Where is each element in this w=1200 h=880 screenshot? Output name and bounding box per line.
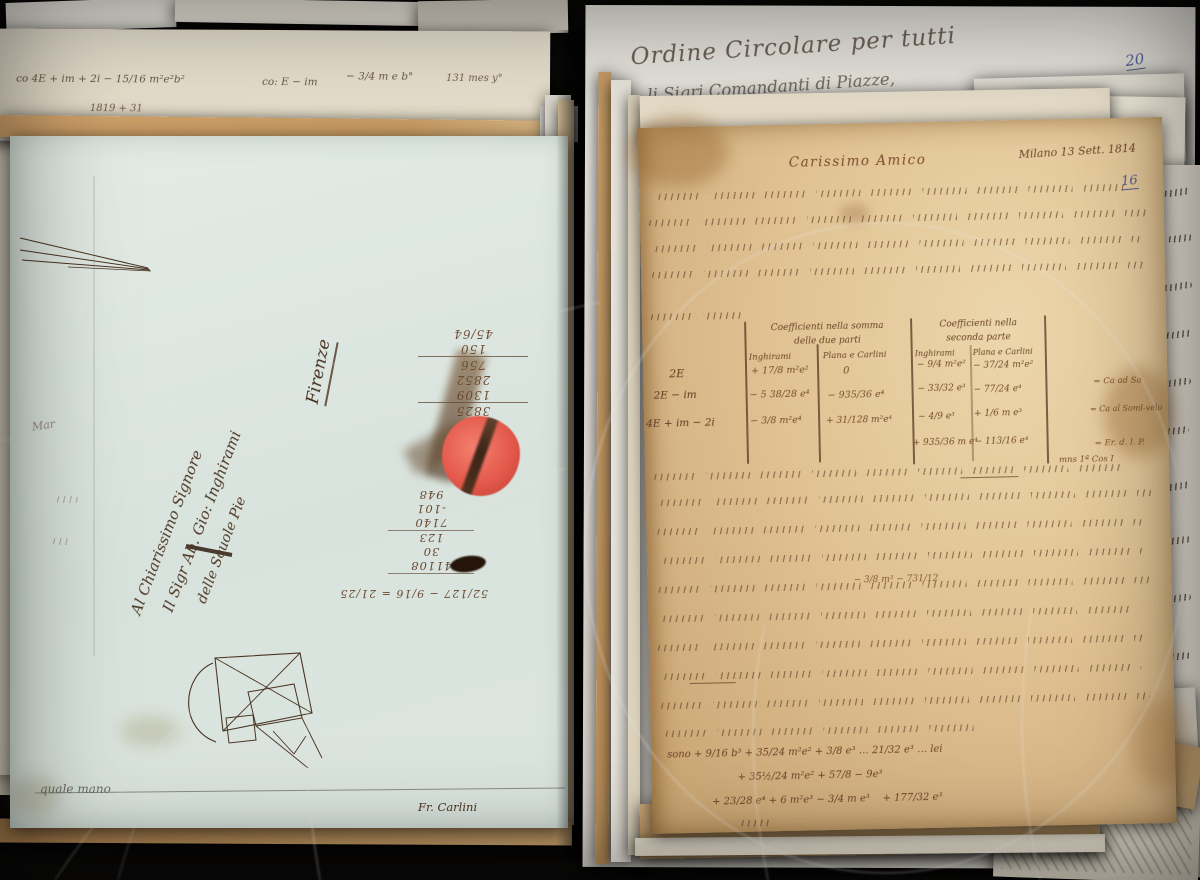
table-margin-note: = Er. d. l. P. (1095, 437, 1145, 448)
table-margin-note: = Ca al Soml-velo (1090, 403, 1163, 414)
table-cell: − 3/8 m²e⁴ (750, 415, 802, 427)
handwriting-line (651, 261, 1145, 278)
table-row-label: 2E (669, 367, 684, 380)
handwriting-line (660, 489, 1152, 506)
address-leaf: Al Chiarissimo Signore Il Sigr Ab. Gio: … (10, 136, 568, 828)
handwriting-fragment (1167, 426, 1190, 435)
table-subheader: Plana e Carlini (973, 347, 1033, 357)
right-stack-tan-edge (596, 72, 612, 864)
dateline: Milano 13 Sett. 1814 (1018, 142, 1136, 162)
table-cell: − 113/16 e⁴ (975, 436, 1029, 447)
underline-mark (960, 476, 1018, 478)
fraction-note: 52/127 − 9/16 = 21/25 (388, 586, 488, 601)
handwriting-line (650, 312, 742, 321)
handwriting-line (662, 606, 1132, 623)
table-subheader: Inghirami (749, 352, 792, 363)
table-cell: + 1/6 m e³ (974, 408, 1022, 419)
manuscript-photo: co 4E + im + 2i − 15/16 m²e²b² co: E − i… (0, 0, 1200, 880)
handwriting-fragment (1166, 330, 1192, 340)
table-cell: − 37/24 m²e² (973, 360, 1033, 371)
paper-stain (628, 116, 729, 188)
milano-letter: Carissimo Amico Milano 13 Sett. 1814 16 … (638, 117, 1177, 834)
table-cell: − 33/32 e³ (917, 383, 965, 394)
equation-line: + 35½/24 m²e² + 57/8 − 9e³ (738, 769, 883, 783)
handwriting-fragment (1164, 281, 1193, 292)
handwriting-line (665, 724, 985, 738)
equation-line: sono + 9/16 b³ + 35/24 m²e² + 3/8 e³ … 2… (667, 744, 943, 761)
handwriting-line (657, 634, 1145, 651)
sum-line: 948 (388, 488, 474, 502)
equation-line: + 23/28 e⁴ + 6 m²e³ − 3/4 m e³ + 177/32 … (712, 792, 943, 808)
table-cell: + 31/128 m²e⁴ (826, 415, 892, 426)
table-cell: − 5 38/28 e⁴ (750, 388, 810, 400)
handwriting-line (660, 692, 1150, 709)
page-number-20: 20 (1124, 50, 1145, 71)
margin-mark (52, 538, 70, 545)
formula-fragment: co 4E + im + 2i − 15/16 m²e²b² (16, 73, 185, 86)
order-title-line-1: Ordine Circolare per tutti (630, 23, 957, 71)
margin-mark (56, 496, 78, 503)
table-rule (744, 322, 749, 464)
table-row-label: 4E + im − 2i (646, 416, 715, 429)
salutation: Carissimo Amico (789, 152, 927, 171)
sum-line: 123 (388, 531, 474, 545)
handwriting-mark (741, 819, 771, 827)
sum-line: 7140 (388, 516, 474, 531)
sum-line: -101 (388, 502, 474, 516)
formula-fragment: 1819 + 31 (90, 103, 143, 114)
table-cell: − 77/24 e⁴ (973, 384, 1021, 395)
seal-streak (458, 416, 501, 496)
handwriting-line (653, 464, 1127, 481)
handwriting-line (663, 664, 1141, 681)
table-header-group1: Coefficienti nella somma (746, 320, 908, 333)
pencil-rule (35, 788, 565, 793)
handwriting-fragment (1164, 187, 1191, 198)
pencil-note: quale mano (40, 782, 111, 796)
handwriting-line (654, 236, 1140, 253)
table-cell: − 935/36 e⁴ (828, 389, 885, 401)
table-header-group2: Coefficienti nella (914, 318, 1042, 331)
table-subheader: Plana e Carlini (823, 350, 887, 361)
right-stack-cream-edge (628, 95, 640, 855)
table-cell: − 9/4 m²e² (917, 359, 966, 370)
geometric-doodle (189, 653, 322, 768)
body-formula-fragment: − 3/8 m³ − 731/12 (853, 574, 938, 586)
handwriting-line (648, 209, 1148, 226)
table-cell: + 17/8 m²e² (751, 364, 809, 376)
formula-fragment: co: E − im (262, 76, 318, 88)
table-subheader: Inghirami (915, 348, 955, 358)
table-cell: + 935/36 m e⁴ (913, 437, 978, 448)
handwriting-line (657, 184, 1127, 201)
attribution-note: Fr. Carlini (418, 800, 477, 814)
table-rule (817, 344, 821, 462)
formula-fragment: 131 mes y° (446, 73, 503, 84)
handwriting-line (663, 548, 1143, 565)
table-rule (1044, 316, 1049, 464)
fan-line (22, 260, 150, 270)
table-header-group1-sub: delle due parti (764, 335, 890, 348)
top-paper-scrap (175, 0, 425, 26)
table-cell: − 4/9 e³ (918, 411, 955, 422)
handwriting-fragment (1168, 234, 1193, 243)
table-margin-note: = Ca ad Sa (1093, 376, 1141, 387)
table-header-group2-sub: seconda parte (920, 332, 1036, 344)
table-row-label: 2E − im (653, 389, 696, 402)
handwriting-line (656, 519, 1142, 536)
underline-mark (690, 682, 736, 684)
table-cell: 0 (843, 366, 850, 377)
sum-line: 45/64 (418, 326, 528, 341)
formula-fragment: − 3/4 m e b° (346, 70, 413, 82)
